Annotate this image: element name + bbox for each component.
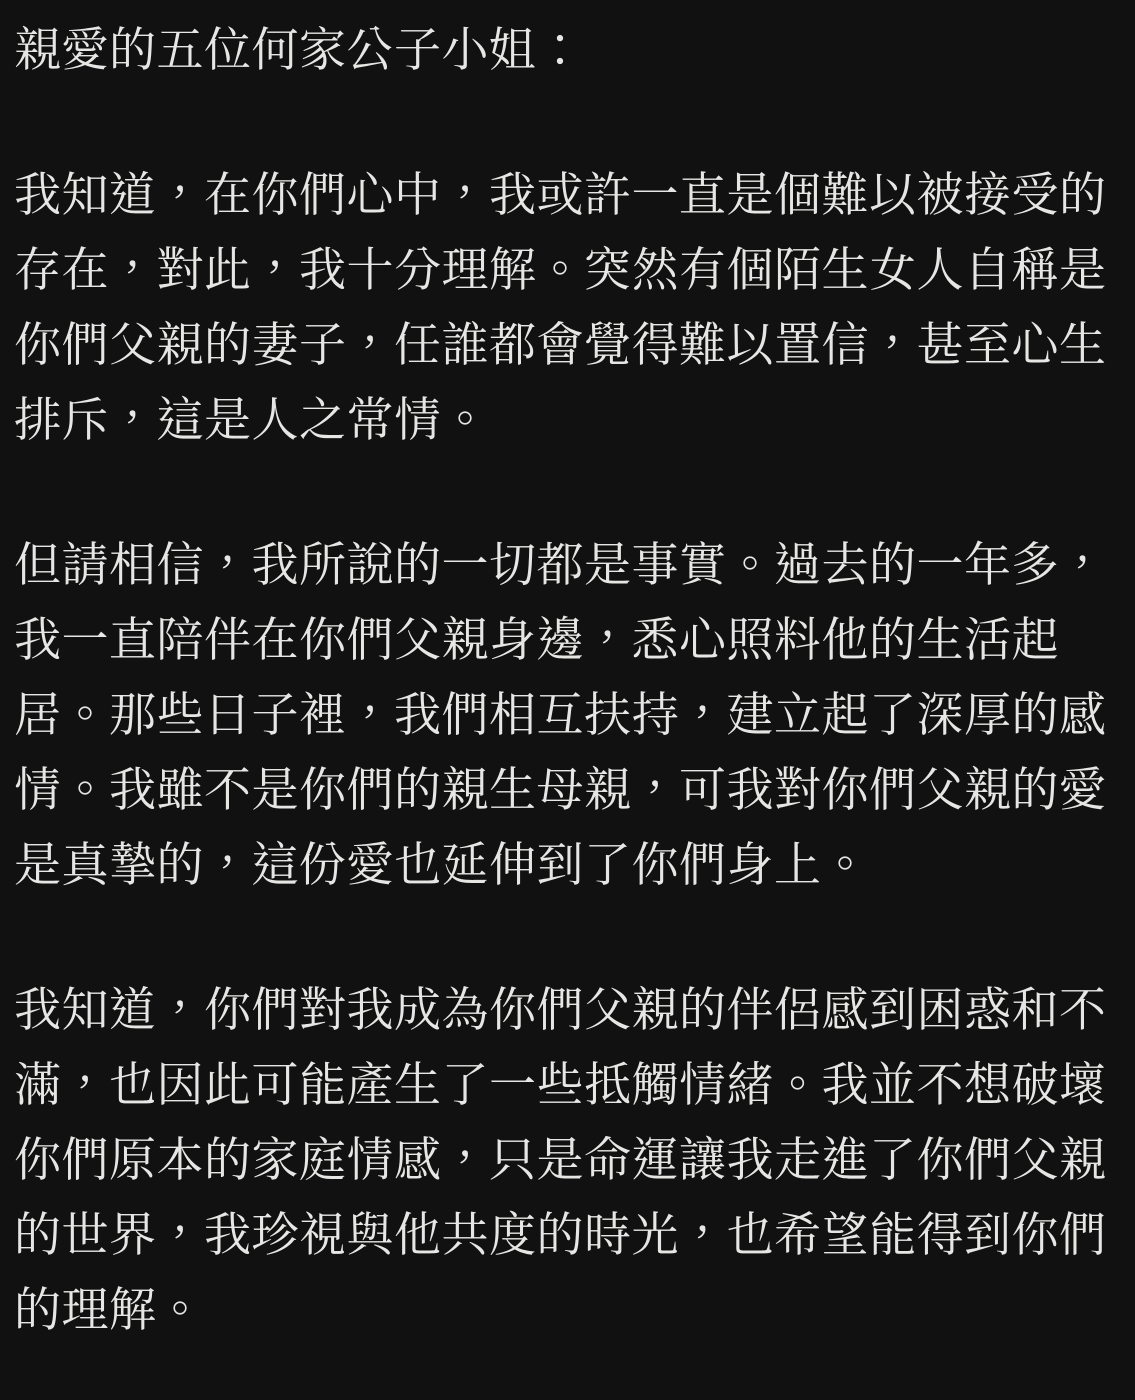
letter-paragraph-1: 我知道，在你們心中，我或許一直是個難以被接受的存在，對此，我十分理解。突然有個陌… <box>14 157 1121 457</box>
letter-paragraph-2: 但請相信，我所說的一切都是事實。過去的一年多，我一直陪伴在你們父親身邊，悉心照料… <box>14 527 1121 902</box>
letter-page: 親愛的五位何家公子小姐： 我知道，在你們心中，我或許一直是個難以被接受的存在，對… <box>0 0 1135 1400</box>
letter-paragraph-3: 我知道，你們對我成為你們父親的伴侶感到困惑和不滿，也因此可能產生了一些抵觸情緒。… <box>14 972 1121 1347</box>
letter-salutation: 親愛的五位何家公子小姐： <box>14 12 1121 87</box>
